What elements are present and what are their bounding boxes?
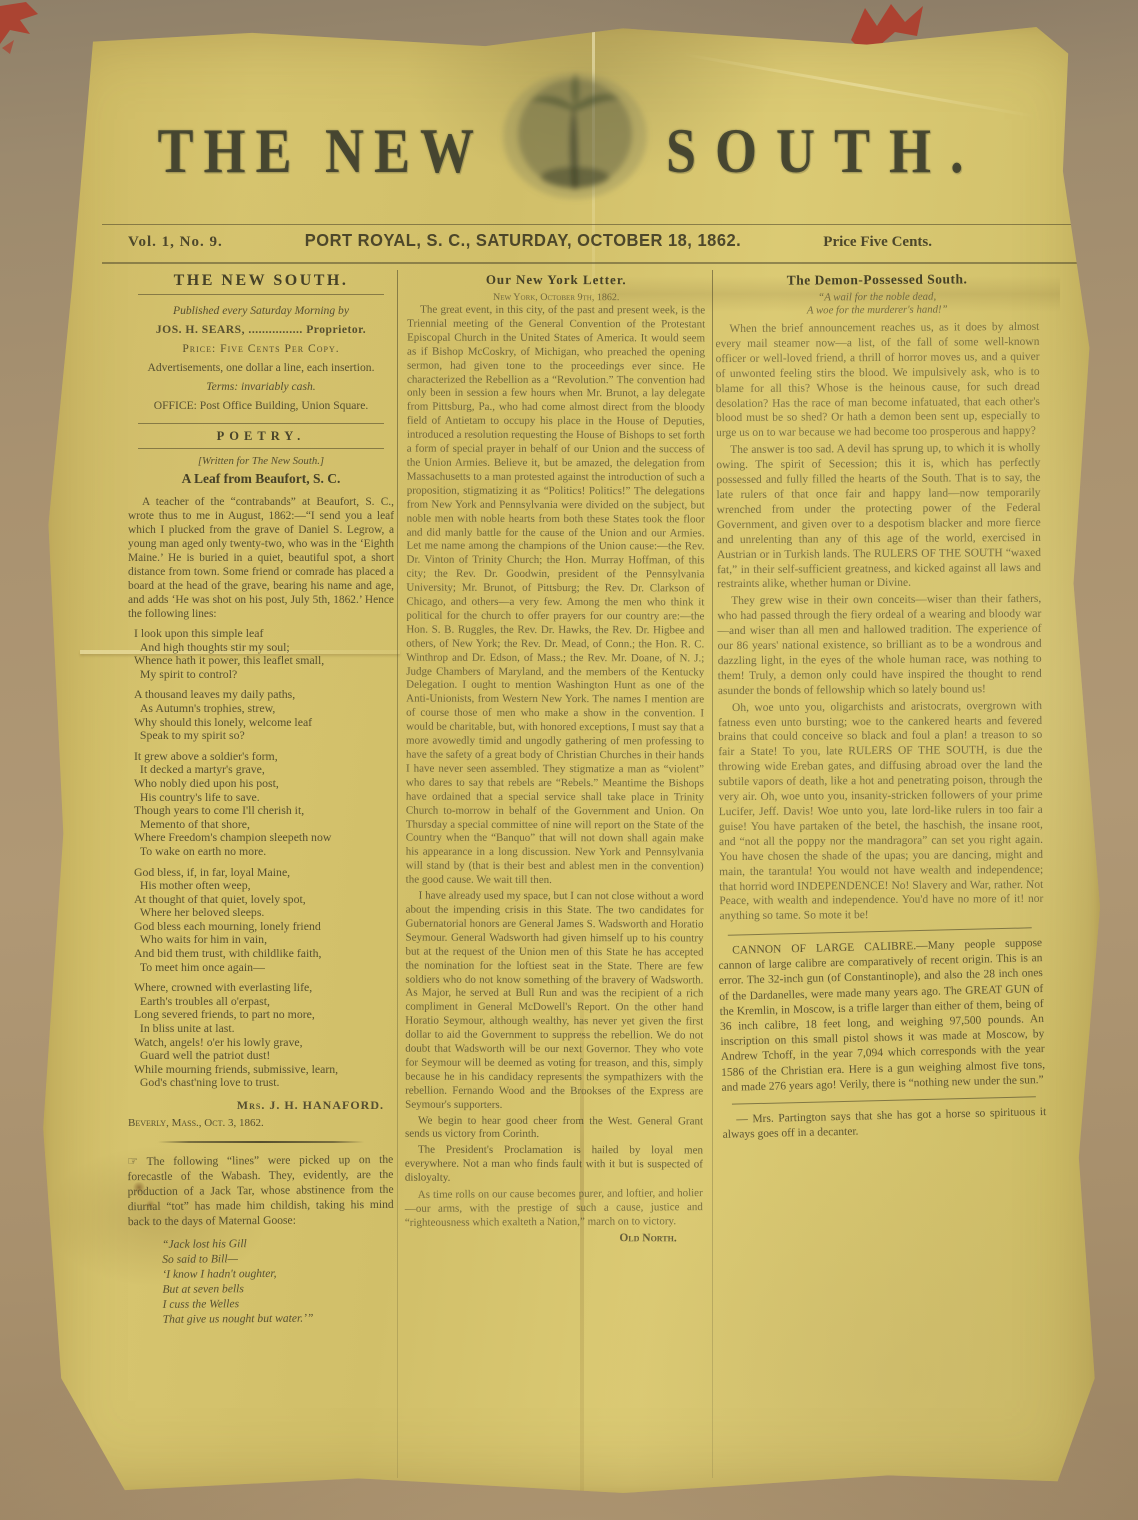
poem: I look upon this simple leaf And high th… <box>134 627 394 1090</box>
poem-line: God bless, if, in far, loyal Maine, <box>134 866 394 880</box>
poem-line: His mother often weep, <box>134 879 394 893</box>
article-paragraph: They grew wise in their own conceits—wis… <box>717 592 1042 699</box>
article-paragraph: I have already used my space, but I can … <box>405 890 704 1113</box>
palm-tree-vignette-icon <box>490 67 660 210</box>
cannon-item: CANNON OF LARGE CALIBRE.—Many people sup… <box>718 936 1046 1096</box>
poem-credit: [Written for The New South.] <box>128 455 394 467</box>
rule-below-dateline <box>102 262 1138 264</box>
rule-above-dateline <box>102 224 1138 225</box>
poem-signature: Mrs. J. H. HANAFORD. <box>128 1098 384 1113</box>
poem-line: It grew above a soldier's form, <box>134 750 394 764</box>
left-column: THE NEW SOUTH. Published every Saturday … <box>128 272 394 1326</box>
poem-line: Who nobly died upon his post, <box>134 777 394 791</box>
right-column: The Demon-Possessed South. “A wail for t… <box>715 271 1045 1141</box>
poem-line: Where her beloved sleeps. <box>134 906 394 920</box>
poem-line: A thousand leaves my daily paths, <box>134 688 394 702</box>
poem-line: And bid them trust, with childlike faith… <box>134 947 394 961</box>
partington-item: — Mrs. Partington says that she has got … <box>722 1105 1047 1143</box>
right-column-body: When the brief announcement reaches us, … <box>715 320 1043 924</box>
poem-line: To wake on earth no more. <box>134 845 394 859</box>
note-body: The following “lines” were picked up on … <box>127 1153 393 1228</box>
publisher-line: Terms: invariably cash. <box>128 377 394 396</box>
middle-column-title: Our New York Letter. <box>407 272 705 289</box>
left-column-title: THE NEW SOUTH. <box>128 272 394 290</box>
masthead: THE NEW SOUTH. <box>40 76 1100 226</box>
photo-of-newspaper: THE NEW SOUTH. V <box>0 0 1138 1520</box>
red-tear-mark-top-left <box>0 0 62 56</box>
poem-line: Why should this lonely, welcome leaf <box>134 716 394 730</box>
poem-intro: A teacher of the “contrabands” at Beaufo… <box>128 495 394 621</box>
epigraph-line: A woe for the murderer's hand!” <box>715 303 1039 318</box>
poem-line: I look upon this simple leaf <box>134 627 394 641</box>
newspaper-sheet: THE NEW SOUTH. V <box>40 24 1100 1496</box>
poem-line: Where Freedom's champion sleepeth now <box>134 831 394 845</box>
poem-line: God bless each mourning, lonely friend <box>134 920 394 934</box>
poem-line: His country's life to save. <box>134 791 394 805</box>
rule <box>728 928 1032 936</box>
article-paragraph: The answer is too sad. A devil has sprun… <box>716 441 1041 592</box>
masthead-title-right: SOUTH. <box>666 114 983 187</box>
poem-line: Speak to my spirit so? <box>134 729 394 743</box>
poetry-section-header: POETRY. <box>128 429 394 444</box>
publisher-line: OFFICE: Post Office Building, Union Squa… <box>128 396 394 415</box>
publisher-line: Price: Five Cents Per Copy. <box>128 339 394 358</box>
rule <box>138 448 384 449</box>
volume-number: Vol. 1, No. 9. <box>128 234 223 251</box>
price-label: Price Five Cents. <box>823 234 932 251</box>
article-paragraph: Oh, woe unto you, oligarchists and arist… <box>718 699 1044 925</box>
poem-line: To meet him once again— <box>134 961 394 975</box>
poem-line: Whence hath it power, this leaflet small… <box>134 654 394 668</box>
pointing-hand-icon: ☞ <box>127 1154 138 1168</box>
note-poem-line: That give us nought but water.’” <box>163 1310 395 1327</box>
note-poem: “Jack lost his GillSo said to Bill—‘I kn… <box>162 1235 395 1327</box>
rule <box>138 294 384 295</box>
right-column-title: The Demon-Possessed South. <box>715 271 1039 289</box>
poem-line: As Autumn's trophies, strew, <box>134 702 394 716</box>
poem-line: At thought of that quiet, lovely spot, <box>134 893 394 907</box>
article-paragraph: As time rolls on our cause becomes purer… <box>405 1187 703 1231</box>
column-divider <box>397 270 398 1478</box>
poem-line: It decked a martyr's grave, <box>134 763 394 777</box>
poem-line: Who waits for him in vain, <box>134 933 394 947</box>
epigraph: “A wail for the noble dead,A woe for the… <box>715 290 1039 318</box>
publisher-line: Published every Saturday Morning by <box>128 301 394 320</box>
poem-place-date: Beverly, Mass., Oct. 3, 1862. <box>128 1117 394 1129</box>
poem-line: While mourning friends, submissive, lear… <box>134 1063 394 1077</box>
right-column-tail: CANNON OF LARGE CALIBRE.—Many people sup… <box>718 927 1047 1143</box>
rule <box>138 423 384 424</box>
letter-dateline: New York, October 9th, 1862. <box>407 291 705 305</box>
poem-line: Though years to come I'll cherish it, <box>134 804 394 818</box>
dateline-row: Vol. 1, No. 9. PORT ROYAL, S. C., SATURD… <box>40 232 1100 251</box>
decorative-rule <box>158 1141 364 1143</box>
poem-line: Where, crowned with everlasting life, <box>134 981 394 995</box>
letter-signature: Old North. <box>405 1231 677 1244</box>
poem-line: Watch, angels! o'er his lowly grave, <box>134 1036 394 1050</box>
poem-line: In bliss unite at last. <box>134 1022 394 1036</box>
article-paragraph: The great event, in this city, of the pa… <box>406 304 706 889</box>
poem-title: A Leaf from Beaufort, S. C. <box>128 471 394 487</box>
article-paragraph: We begin to hear good cheer from the Wes… <box>405 1114 703 1143</box>
rule <box>732 1097 1036 1105</box>
publisher-line: Advertisements, one dollar a line, each … <box>128 358 394 377</box>
poem-line: Long severed friends, to part no more, <box>134 1008 394 1022</box>
column-divider <box>712 270 713 1478</box>
publisher-line: JOS. H. SEARS, ................ Propriet… <box>128 320 394 339</box>
middle-column-body: The great event, in this city, of the pa… <box>405 304 705 1231</box>
poem-line: Memento of that shore, <box>134 818 394 832</box>
middle-column: Our New York Letter. New York, October 9… <box>405 272 706 1245</box>
poem-line: Guard well the patriot dust! <box>134 1049 394 1063</box>
jack-tar-note: ☞ The following “lines” were picked up o… <box>127 1152 394 1327</box>
poem-line: God's chast'ning love to trust. <box>134 1076 394 1090</box>
poem-line: Earth's troubles all o'erpast, <box>134 995 394 1009</box>
poem-line: And high thoughts stir my soul; <box>134 641 394 655</box>
poem-line: My spirit to control? <box>134 668 394 682</box>
note-text: ☞ The following “lines” were picked up o… <box>127 1152 394 1229</box>
article-paragraph: When the brief announcement reaches us, … <box>715 320 1040 442</box>
article-paragraph: The President's Proclamation is hailed b… <box>405 1144 703 1186</box>
masthead-title-left: THE NEW <box>157 114 484 187</box>
place-date-line: PORT ROYAL, S. C., SATURDAY, OCTOBER 18,… <box>305 232 742 252</box>
